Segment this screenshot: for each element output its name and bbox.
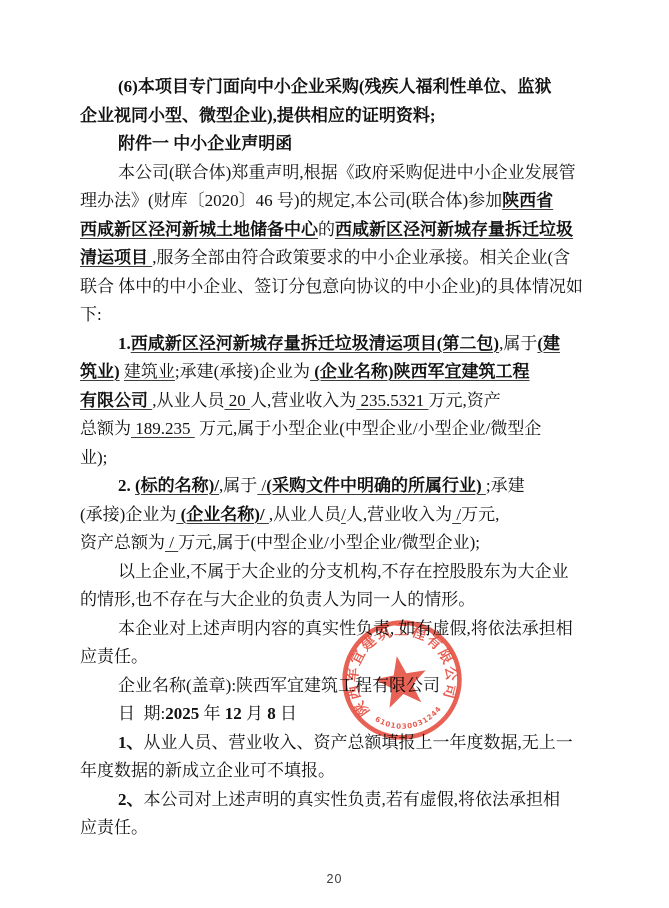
text-segment: ,从业人员 bbox=[152, 391, 224, 410]
document-page: (6)本项目专门面向中小企业采购(残疾人福利性单位、监狱企业视同小型、微型企业)… bbox=[0, 0, 669, 908]
text-segment: (企业名称)陕西军宜建筑工程 bbox=[310, 362, 530, 381]
text-segment: ;承建 bbox=[486, 476, 525, 495]
text-segment: 日 期: bbox=[118, 704, 165, 723]
text-segment: 万元, bbox=[461, 505, 499, 524]
text-line-21: 应责任。 bbox=[80, 643, 602, 672]
text-segment: (标的名称)/ bbox=[135, 476, 219, 495]
text-line-25: 年度数据的新成立企业可不填报。 bbox=[80, 757, 602, 786]
text-line-24: 1、从业人员、营业收入、资产总额填报上一年度数据,无上一 bbox=[80, 729, 602, 758]
text-line-2: 企业视同小型、微型企业),提供相应的证明资料; bbox=[80, 102, 602, 131]
text-line-13: 总额为 189.235 万元,属于小型企业(中型企业/小型企业/微型企 bbox=[80, 415, 602, 444]
text-segment: 8 bbox=[267, 704, 276, 723]
document-body: (6)本项目专门面向中小企业采购(残疾人福利性单位、监狱企业视同小型、微型企业)… bbox=[80, 73, 602, 843]
text-segment: 附件一 中小企业声明函 bbox=[118, 134, 292, 153]
text-segment: (采购文件中明确的所属行业) bbox=[266, 476, 486, 495]
text-segment: 应责任。 bbox=[80, 818, 148, 837]
text-segment: / bbox=[452, 505, 461, 524]
text-segment: 20 bbox=[225, 391, 251, 410]
text-line-10: 1.西咸新区泾河新城存量拆迁垃圾清运项目(第二包),属于(建 bbox=[80, 330, 602, 359]
text-segment: 1、 bbox=[118, 733, 144, 752]
text-segment: / bbox=[165, 533, 178, 552]
text-segment: 的 bbox=[318, 220, 335, 239]
text-segment: 有限公司 bbox=[80, 391, 152, 410]
text-segment: (承接)企业为 bbox=[80, 505, 176, 524]
page-number: 20 bbox=[0, 872, 669, 886]
text-segment: 建筑业 bbox=[124, 362, 175, 381]
text-segment: 企业视同小型、微型企业),提供相应的证明资料; bbox=[80, 106, 436, 125]
text-segment: 下: bbox=[80, 305, 102, 324]
text-segment: 企业名称(盖章):陕西军宜建筑工程有限公司 bbox=[118, 676, 440, 695]
text-segment: 清运项目 bbox=[80, 248, 152, 267]
text-segment: / bbox=[257, 476, 266, 495]
text-segment: 万元,属于(中型企业/小型企业/微型企业); bbox=[178, 533, 480, 552]
text-line-16: (承接)企业为 (企业名称)/ ,从业人员/人,营业收入为 /万元, bbox=[80, 501, 602, 530]
text-segment: 189.235 bbox=[131, 419, 195, 438]
text-line-11: 筑业) 建筑业;承建(承接)企业为 (企业名称)陕西军宜建筑工程 bbox=[80, 358, 602, 387]
text-segment: 12 bbox=[225, 704, 242, 723]
text-segment: ,服务全部由符合政策要求的中小企业承接。相关企业(含 bbox=[152, 248, 570, 267]
text-segment: 本公司对上述声明的真实性负责,若有虚假,将依法承担相 bbox=[144, 790, 561, 809]
text-segment: 陕西省 bbox=[502, 191, 553, 210]
text-line-7: 清运项目 ,服务全部由符合政策要求的中小企业承接。相关企业(含 bbox=[80, 244, 602, 273]
text-segment: 西咸新区泾河新城存量拆迁垃圾清运项目(第二包) bbox=[131, 334, 499, 353]
text-segment: 业); bbox=[80, 448, 107, 467]
text-segment: 万元,属于小型企业(中型企业/小型企业/微型企 bbox=[195, 419, 542, 438]
text-segment: (6)本项目专门面向中小企业采购(残疾人福利性单位、监狱 bbox=[118, 77, 551, 96]
text-segment: 人,营业收入为 bbox=[250, 391, 356, 410]
text-segment: 筑业) bbox=[80, 362, 120, 381]
text-line-20: 本企业对上述声明内容的真实性负责, 如有虚假,将依法承担相 bbox=[80, 615, 602, 644]
text-segment: 应责任。 bbox=[80, 647, 148, 666]
text-segment: 2025 bbox=[165, 704, 199, 723]
text-segment: 西咸新区泾河新城存量拆迁垃圾 bbox=[335, 220, 573, 239]
text-line-19: 的情形,也不存在与大企业的负责人为同一人的情形。 bbox=[80, 586, 602, 615]
text-line-4: 本公司(联合体)郑重声明,根据《政府采购促进中小企业发展管 bbox=[80, 159, 602, 188]
text-segment: 的情形,也不存在与大企业的负责人为同一人的情形。 bbox=[80, 590, 475, 609]
text-segment: 资产总额为 bbox=[80, 533, 165, 552]
text-line-6: 西咸新区泾河新城土地储备中心的西咸新区泾河新城存量拆迁垃圾 bbox=[80, 216, 602, 245]
text-line-15: 2. (标的名称)/,属于 /(采购文件中明确的所属行业) ;承建 bbox=[80, 472, 602, 501]
text-segment: 本公司(联合体)郑重声明,根据《政府采购促进中小企业发展管 bbox=[118, 163, 576, 182]
text-segment: 月 bbox=[242, 704, 268, 723]
text-segment: 万元,资产 bbox=[429, 391, 501, 410]
text-segment: 人,营业收入为 bbox=[346, 505, 452, 524]
text-line-23: 日 期:2025 年 12 月 8 日 bbox=[80, 700, 602, 729]
text-line-26: 2、本公司对上述声明的真实性负责,若有虚假,将依法承担相 bbox=[80, 786, 602, 815]
text-segment: (企业名称)/ bbox=[176, 505, 269, 524]
text-segment: 本企业对上述声明内容的真实性负责, 如有虚假,将依法承担相 bbox=[118, 619, 573, 638]
text-segment: 理办法》(财库〔2020〕46 号)的规定,本公司(联合体)参加 bbox=[80, 191, 502, 210]
text-segment: 年 bbox=[199, 704, 225, 723]
text-segment: 年度数据的新成立企业可不填报。 bbox=[80, 761, 335, 780]
text-segment: ;承建(承接)企业为 bbox=[175, 362, 310, 381]
text-line-22: 企业名称(盖章):陕西军宜建筑工程有限公司 bbox=[80, 672, 602, 701]
text-segment: 235.5321 bbox=[356, 391, 428, 410]
text-line-18: 以上企业,不属于大企业的分支机构,不存在控股股东为大企业 bbox=[80, 558, 602, 587]
text-segment: 2. bbox=[118, 476, 135, 495]
text-segment: 1. bbox=[118, 334, 131, 353]
text-segment: 从业人员、营业收入、资产总额填报上一年度数据,无上一 bbox=[144, 733, 573, 752]
text-segment: (建 bbox=[537, 334, 560, 353]
text-segment: 联合 体中的中小企业、签订分包意向协议的中小企业)的具体情况如 bbox=[80, 277, 583, 296]
text-line-3: 附件一 中小企业声明函 bbox=[80, 130, 602, 159]
text-segment: 日 bbox=[276, 704, 297, 723]
text-segment: 2、 bbox=[118, 790, 144, 809]
text-segment: 以上企业,不属于大企业的分支机构,不存在控股股东为大企业 bbox=[118, 562, 569, 581]
text-line-17: 资产总额为 / 万元,属于(中型企业/小型企业/微型企业); bbox=[80, 529, 602, 558]
text-segment: 西咸新区泾河新城土地储备中心 bbox=[80, 220, 318, 239]
text-line-27: 应责任。 bbox=[80, 814, 602, 843]
text-segment: ,属于 bbox=[499, 334, 537, 353]
text-segment: 总额为 bbox=[80, 419, 131, 438]
text-line-1: (6)本项目专门面向中小企业采购(残疾人福利性单位、监狱 bbox=[80, 73, 602, 102]
text-line-5: 理办法》(财库〔2020〕46 号)的规定,本公司(联合体)参加陕西省 bbox=[80, 187, 602, 216]
text-line-8: 联合 体中的中小企业、签订分包意向协议的中小企业)的具体情况如 bbox=[80, 273, 602, 302]
text-line-14: 业); bbox=[80, 444, 602, 473]
text-line-9: 下: bbox=[80, 301, 602, 330]
text-segment: ,属于 bbox=[219, 476, 257, 495]
text-segment: ,从业人员 bbox=[269, 505, 341, 524]
text-line-12: 有限公司 ,从业人员 20 人,营业收入为 235.5321 万元,资产 bbox=[80, 387, 602, 416]
